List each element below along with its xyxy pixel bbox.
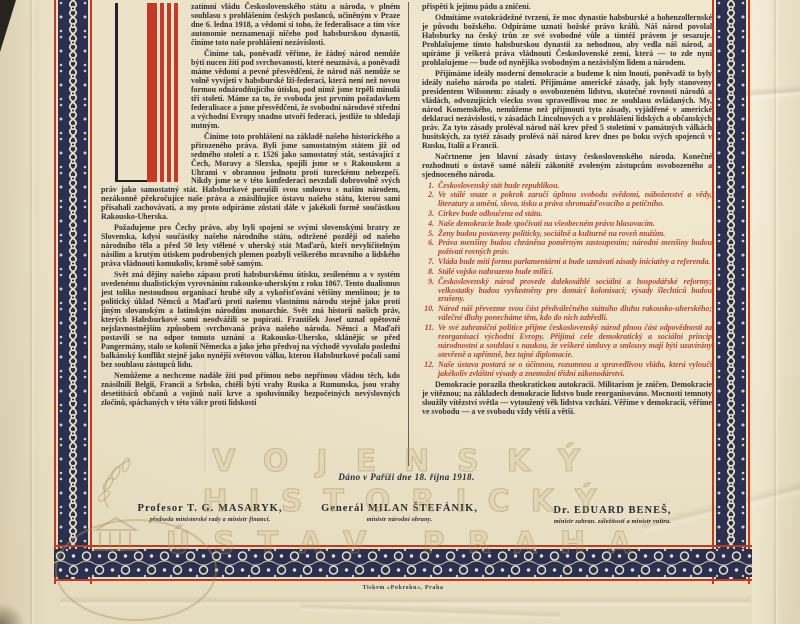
principle-number: 4. [422, 220, 434, 229]
ornament-band-fill [716, 0, 746, 580]
signature-masaryk: Profesor T. G. MASARYK, předseda ministe… [100, 503, 320, 523]
signature-benes: Dr. EDUARD BENEŠ, ministr zahran. záleži… [515, 505, 710, 525]
text-column-left: zatímní vládu Československého státu a n… [101, 3, 400, 408]
principle-item: 6.Práva menšiny budou chráněna poměrným … [422, 239, 712, 257]
paper-crease [29, 0, 35, 624]
signatory-name: Dr. EDUARD BENEŠ, [515, 505, 710, 516]
principle-item: 10.Národ náš převezme svou část předvále… [422, 305, 712, 323]
ornamental-border-left [54, 0, 92, 584]
ornamental-border-bottom [54, 545, 752, 581]
principle-item: 1.Československý stát bude republikou. [422, 182, 712, 191]
constitution-principles-list: 1.Československý stát bude republikou. 2… [422, 182, 712, 379]
principle-text: Církev bude odloučena od státu. [438, 209, 542, 218]
principle-text: Naše demokracie bude spočívati na všeobe… [438, 219, 655, 228]
column-divider-rule [408, 2, 409, 466]
principle-text: Vláda bude míti formu parlamentární a bu… [438, 257, 710, 266]
signatory-title: ministr národní obrany. [302, 516, 497, 523]
principle-number: 5. [422, 230, 434, 239]
principle-number: 3. [422, 210, 434, 219]
principle-item: 12.Naše ústava postará se o účinnou, roz… [422, 361, 712, 379]
principle-number: 11. [422, 324, 434, 333]
red-stripes-ornament [147, 3, 180, 182]
ornamental-border-right [712, 0, 750, 584]
principle-text: Stálé vojsko nahrazeno bude milicí. [438, 267, 553, 276]
photo-corner-shadow [0, 596, 34, 624]
paragraph: Nemůžeme a nechceme nadále žíti pod přím… [101, 372, 400, 408]
signatory-name: Profesor T. G. MASARYK, [100, 503, 320, 514]
principle-item: 5.Ženy budou postaveny politicky, sociál… [422, 230, 712, 239]
principle-text: Ženy budou postaveny politicky, sociálně… [438, 229, 665, 238]
principle-text: Práva menšiny budou chráněna poměrným za… [438, 238, 712, 256]
principle-item: 3.Církev bude odloučena od státu. [422, 210, 712, 219]
principle-item: 2.Ve stálé snaze o pokrok zaručí úplnou … [422, 191, 712, 209]
principle-text: Naše ústava postará se o účinnou, rozumn… [438, 360, 712, 378]
principle-item: 8.Stálé vojsko nahrazeno bude milicí. [422, 268, 712, 277]
principle-number: 1. [422, 182, 434, 191]
signatory-name: Generál MILAN ŠTEFÁNIK, [302, 503, 497, 514]
dateline: Dáno v Paříži dne 18. října 1918. [101, 472, 712, 482]
principle-text: Československý stát bude republikou. [438, 181, 559, 190]
principle-item: 11.Ve své zahraniční politice přijme čes… [422, 324, 712, 360]
principle-item: 9.Československý národ provede dalekosáh… [422, 278, 712, 305]
initial-black-rule [115, 3, 118, 182]
striped-initial-ornament [101, 3, 189, 182]
principle-number: 9. [422, 278, 434, 287]
principle-item: 7.Vláda bude míti formu parlamentární a … [422, 258, 712, 267]
paragraph: Načrtneme jen hlavní zásady ústavy česko… [422, 153, 712, 180]
paragraph: Odmítáme svatokrádežné tvrzení, že moc d… [422, 14, 712, 68]
principle-number: 8. [422, 268, 434, 277]
paragraph: Svět zná dějiny našeho zápasu proti habs… [101, 271, 400, 369]
paragraph: Přijímáme ideály moderní demokracie a bu… [422, 70, 712, 151]
principle-number: 7. [422, 258, 434, 267]
principle-text: Ve své zahraniční politice přijme českos… [438, 323, 712, 359]
principle-number: 6. [422, 239, 434, 248]
principle-number: 10. [422, 305, 434, 314]
principle-text: Ve stálé snaze o pokrok zaručí úplnou sv… [438, 190, 712, 208]
paragraph: Demokracie porazila theokratickou autokr… [422, 381, 712, 417]
signatory-title: předseda ministerské rady a ministr fina… [100, 516, 320, 523]
paragraph: přispěti k jejímu pádu a zničení. [422, 3, 712, 12]
principle-number: 12. [422, 361, 434, 370]
declaration-document: zatímní vládu Československého státu a n… [0, 0, 800, 624]
ornament-band-fill [54, 549, 752, 577]
ornament-band-fill [58, 0, 88, 580]
principle-item: 4.Naše demokracie bude spočívati na všeo… [422, 220, 712, 229]
text-column-right: přispěti k jejímu pádu a zničení. Odmítá… [422, 3, 712, 416]
printer-imprint: Tiskem »Pokroku«, Praha [54, 585, 752, 591]
principle-number: 2. [422, 191, 434, 200]
signatory-title: ministr zahran. záležitostí a ministr vn… [515, 518, 710, 525]
paper-shadow [0, 0, 56, 624]
paragraph: Požadujeme pro Čechy právo, aby byli spo… [101, 224, 400, 269]
signature-stefanik: Generál MILAN ŠTEFÁNIK, ministr národní … [302, 503, 497, 523]
principle-text: Národ náš převezme svou část předválečné… [438, 304, 712, 322]
principle-text: Československý národ provede dalekosáhlé… [438, 277, 712, 304]
